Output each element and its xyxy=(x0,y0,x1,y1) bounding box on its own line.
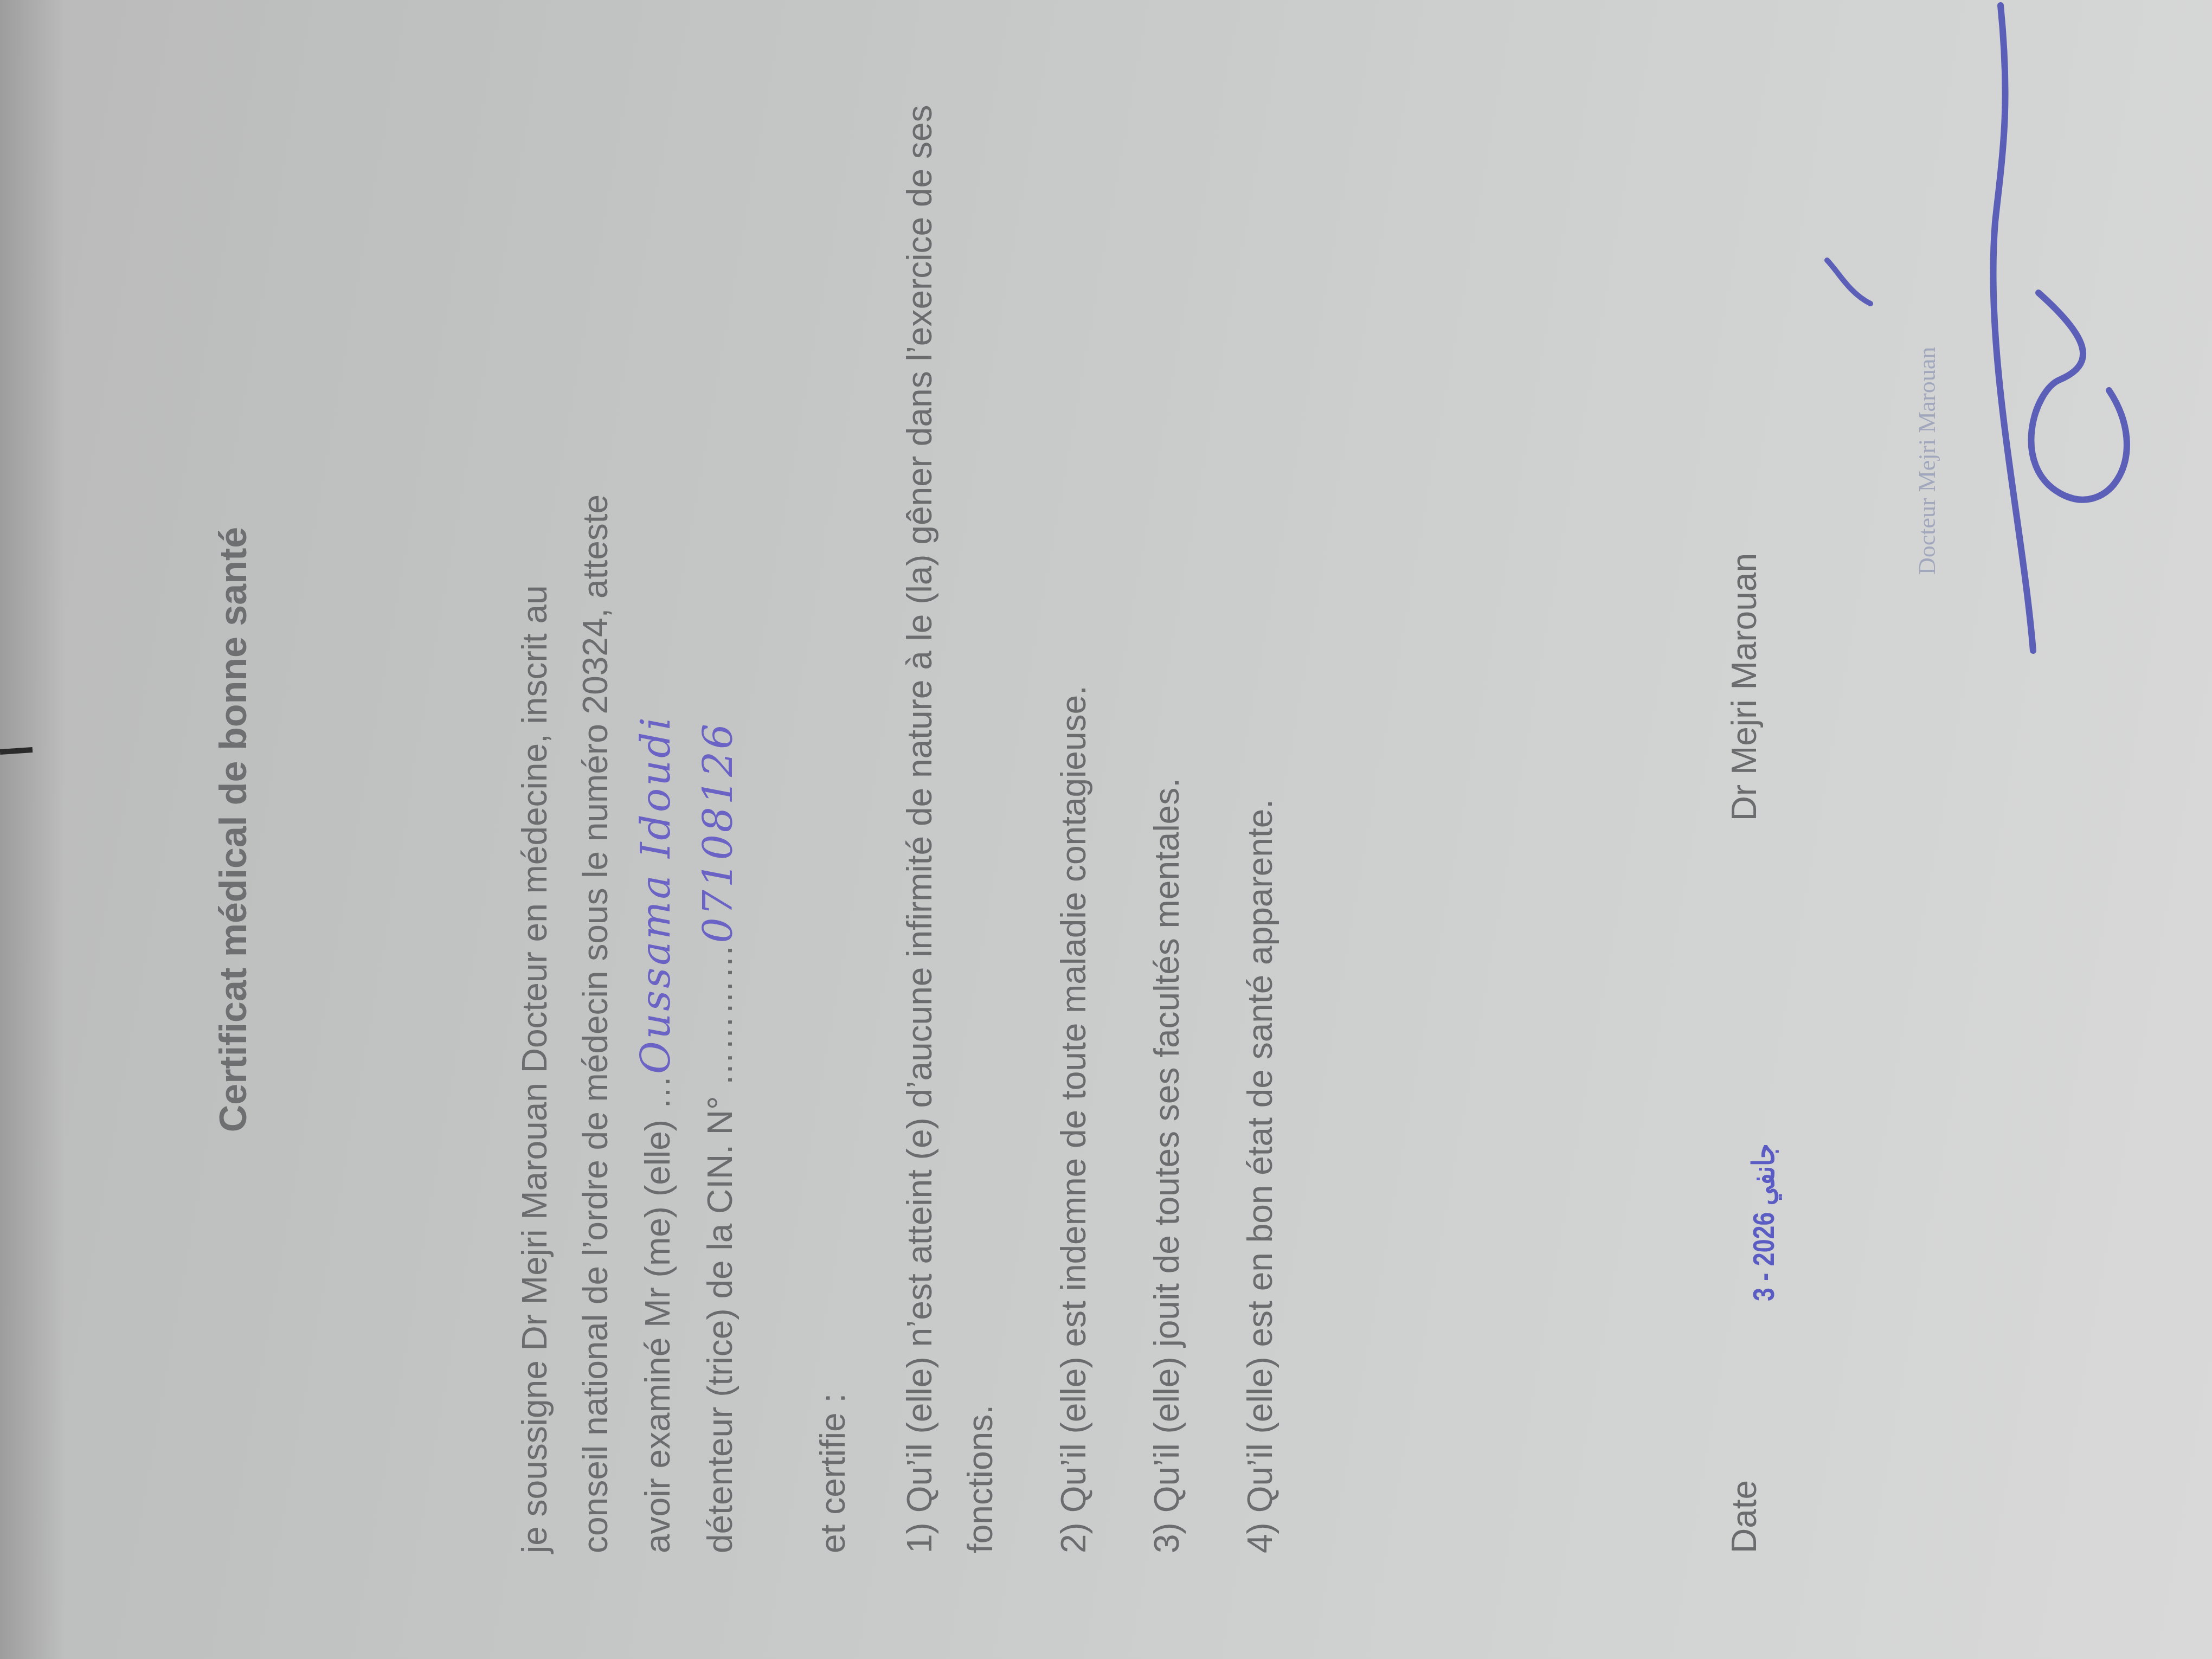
signature-icon xyxy=(1805,0,2185,683)
examined-line: avoir examiné Mr (me) (elle) …Oussama Id… xyxy=(626,98,688,1553)
certifie-label: et certifie : xyxy=(802,98,863,1553)
document-title: Certificat médical de bonne santé xyxy=(211,0,255,1659)
date-label: Date xyxy=(1724,1480,1764,1553)
patient-name-handwritten: Oussama Idoudi xyxy=(633,715,679,1074)
certificate-page: Certificat médical de bonne santé je sou… xyxy=(0,0,2212,1659)
intro-line-2: conseil national de l’ordre de médecin s… xyxy=(565,98,626,1553)
intro-paragraph: je soussigne Dr Mejri Marouan Docteur en… xyxy=(504,98,750,1553)
examined-prefix: avoir examiné Mr (me) (elle) xyxy=(638,1110,677,1553)
cin-prefix: détenteur (trice) de la CIN. N° xyxy=(700,1086,740,1553)
certification-item-2: 2) Qu’il (elle) est indemne de toute mal… xyxy=(1043,98,1104,1553)
intro-line-1: je soussigne Dr Mejri Marouan Docteur en… xyxy=(504,98,565,1553)
certification-item-4: 4) Qu’il (elle) est en bon état de santé… xyxy=(1230,98,1290,1553)
dotted-fill: ………… xyxy=(700,943,740,1086)
certification-item-1: 1) Qu’il (elle) n’est atteint (e) d’aucu… xyxy=(889,98,1011,1553)
certification-item-3: 3) Qu’il (elle) jouit de toutes ses facu… xyxy=(1136,98,1197,1553)
certification-items: 1) Qu’il (elle) n’est atteint (e) d’aucu… xyxy=(889,98,1323,1553)
doctor-name: Dr Mejri Marouan xyxy=(1724,553,1764,821)
date-stamp: 3 - جانفي 2026 xyxy=(1746,1143,1782,1301)
cin-number-handwritten: 07108126 xyxy=(695,722,742,943)
cin-line: détenteur (trice) de la CIN. N° …………0710… xyxy=(688,98,750,1553)
dotted-fill: … xyxy=(638,1074,677,1110)
